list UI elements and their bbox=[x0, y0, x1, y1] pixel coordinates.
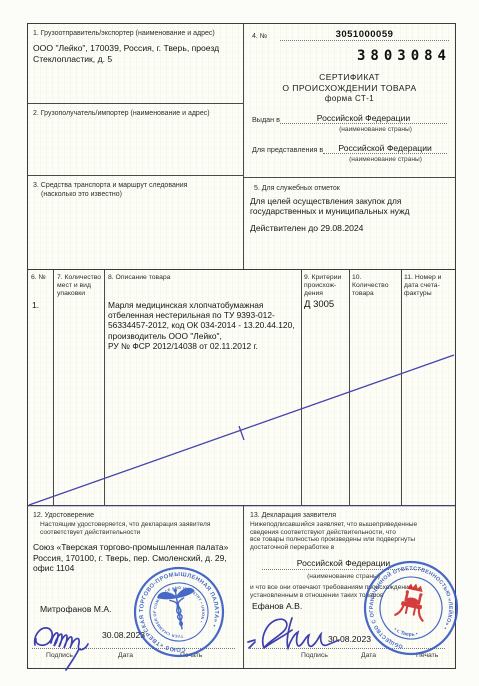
presented-to-value: Российской Федерации bbox=[323, 143, 447, 155]
consignor-label: 1. Грузоотправитель/экспортер (наименова… bbox=[33, 30, 239, 37]
section-transport: 3. Средства транспорта и маршрут следова… bbox=[28, 176, 244, 269]
goods-table: 6. № 7. Количество мест и вид упаковки 8… bbox=[28, 269, 455, 506]
transport-sublabel: (насколько это известно) bbox=[41, 191, 122, 198]
company-stamp-ring-text: ОБЩЕСТВО С ОГРАНИЧЕННОЙ ОТВЕТСТВЕННОСТЬЮ… bbox=[361, 558, 463, 658]
company-stamp-city-text: • г. Тверь • bbox=[392, 626, 420, 640]
svg-text:ОБЩЕСТВО С ОГРАНИЧЕННОЙ ОТВЕТС: ОБЩЕСТВО С ОГРАНИЧЕННОЙ ОТВЕТСТВЕННОСТЬЮ… bbox=[361, 558, 463, 658]
certificate-title-line2: О ПРОИСХОЖДЕНИИ ТОВАРА bbox=[244, 83, 455, 93]
tver-coat-of-arms-icon bbox=[395, 581, 430, 621]
section-official-marks: 5. Для служебных отметок Для целей осуще… bbox=[244, 178, 455, 269]
scanned-certificate-page: 1. Грузоотправитель/экспортер (наименова… bbox=[0, 0, 479, 686]
issued-in-label: Выдан в bbox=[252, 115, 280, 124]
registration-number: 3051000059 bbox=[280, 29, 449, 41]
issued-country-hint: (наименование страны) bbox=[304, 126, 447, 133]
consignee-label: 2. Грузополучатель/импортер (наименовани… bbox=[33, 110, 239, 117]
chamber-stamp: СОЮЗ «ТВЕРСКАЯ ТОРГОВО-ПРОМЫШЛЕННАЯ ПАЛА… bbox=[125, 558, 234, 667]
certificate-form: 1. Грузоотправитель/экспортер (наименова… bbox=[27, 23, 456, 669]
certification-label: 12. Удостоверение bbox=[33, 512, 94, 519]
certificate-form-type: форма СТ-1 bbox=[244, 94, 455, 103]
issued-in-row: Выдан в Российской Федерации bbox=[252, 110, 447, 124]
valid-until-text: Действителен до 29.08.2024 bbox=[250, 223, 363, 233]
handwritten-signature-right bbox=[244, 608, 364, 664]
certificate-title-line1: СЕРТИФИКАТ bbox=[244, 72, 455, 82]
issued-in-value: Российской Федерации bbox=[280, 113, 447, 125]
blank-number: 3803084 bbox=[357, 48, 451, 64]
section-consignee: 2. Грузополучатель/импортер (наименовани… bbox=[28, 104, 244, 176]
consignor-value: ООО "Лейко", 170039, Россия, г. Тверь, п… bbox=[33, 43, 239, 64]
handwritten-signature-left bbox=[28, 612, 133, 666]
declaration-label: 13. Декларация заявителя bbox=[250, 512, 336, 519]
company-stamp: ОБЩЕСТВО С ОГРАНИЧЕННОЙ ОТВЕТСТВЕННОСТЬЮ… bbox=[354, 551, 468, 665]
presented-to-label: Для представления в bbox=[252, 145, 323, 154]
number-label: 4. № bbox=[252, 33, 267, 40]
section-consignor: 1. Грузоотправитель/экспортер (наименова… bbox=[28, 24, 244, 104]
section-certificate-header: 4. № 3051000059 3803084 СЕРТИФИКАТ О ПРО… bbox=[244, 24, 455, 178]
svg-text:• г. Тверь •: • г. Тверь • bbox=[392, 626, 420, 640]
presented-country-hint: (наименование страны) bbox=[324, 156, 447, 163]
pen-strike-line bbox=[28, 270, 455, 507]
official-marks-note: Для целей осуществления закупок для госу… bbox=[250, 196, 451, 217]
certification-statement: Настоящим удостоверяется, что декларация… bbox=[40, 521, 239, 536]
transport-label: 3. Средства транспорта и маршрут следова… bbox=[33, 182, 239, 189]
official-marks-label: 5. Для служебных отметок bbox=[254, 185, 340, 192]
presented-to-row: Для представления в Российской Федерации bbox=[252, 140, 447, 154]
declaration-statement: Нижеподписавшийся заявляет, что вышеприв… bbox=[250, 521, 453, 551]
